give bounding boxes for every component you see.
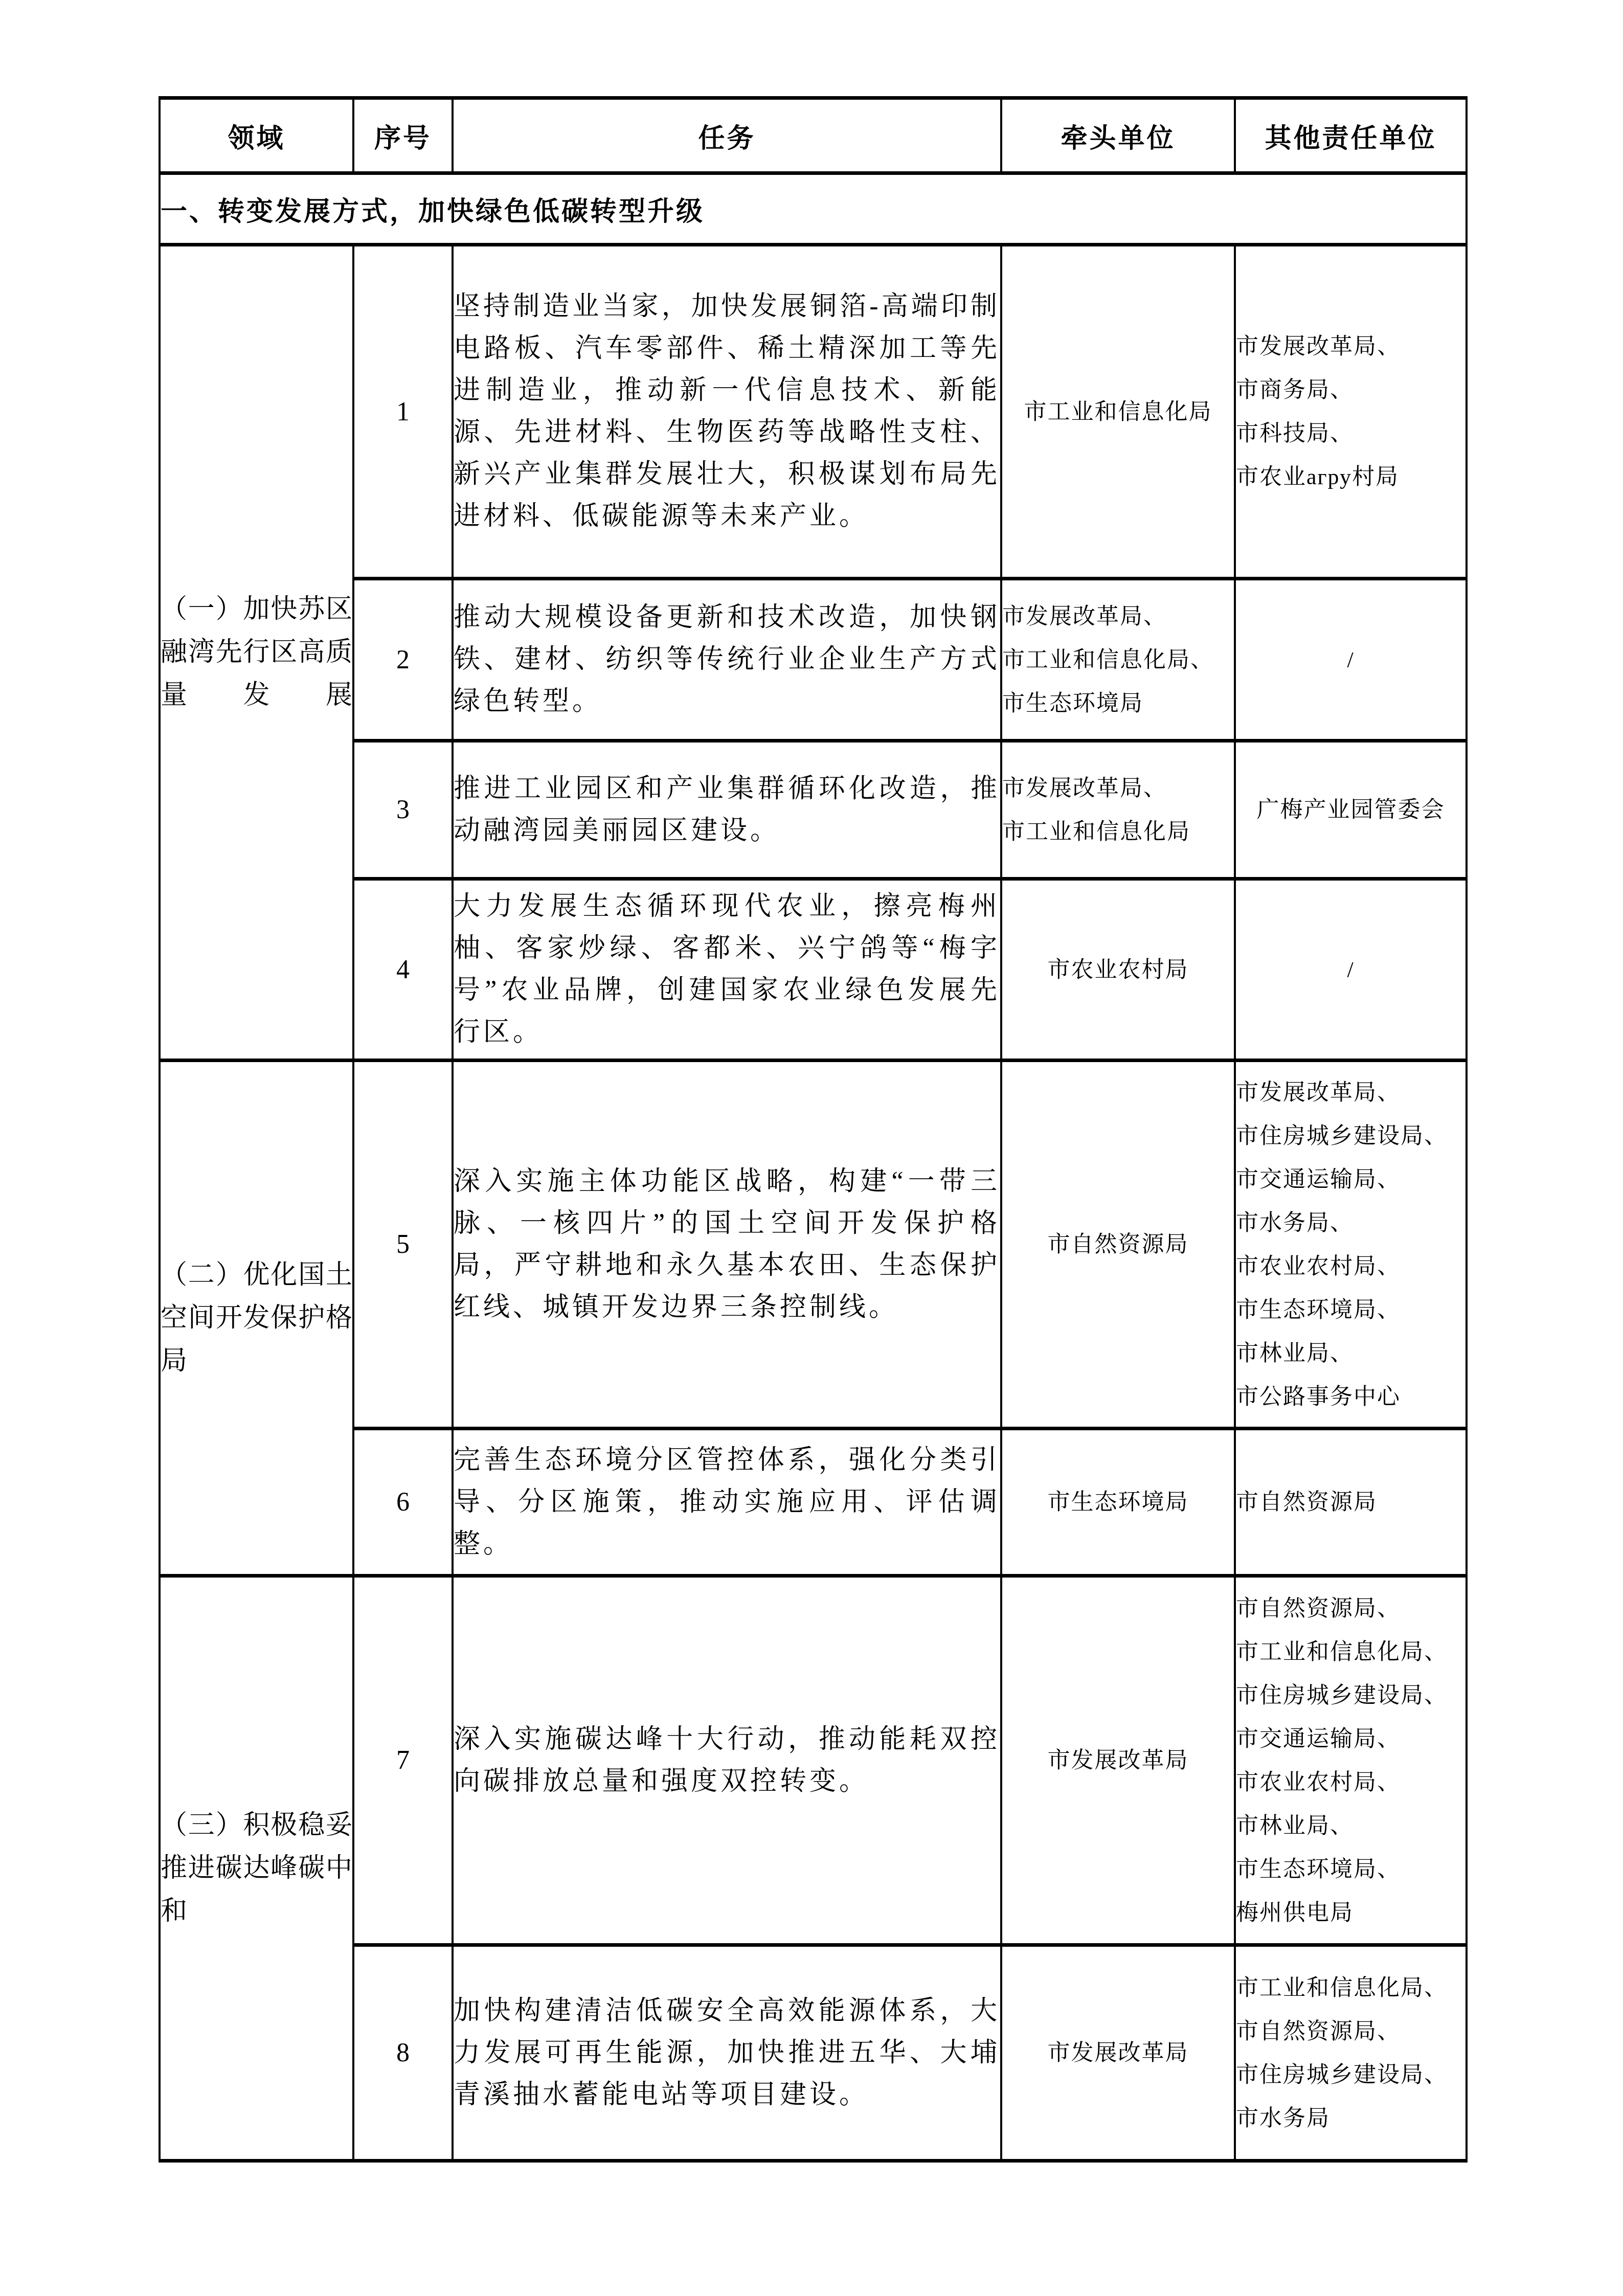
- table-row: （二）优化国土空间开发保护格局 5 深入实施主体功能区战略，构建“一带三脉、一核…: [160, 1061, 1467, 1429]
- index-cell: 6: [353, 1429, 453, 1576]
- table-row: 3 推进工业园区和产业集群循环化改造，推动融湾园美丽园区建设。 市发展改革局、 …: [160, 741, 1467, 879]
- index-cell: 1: [353, 245, 453, 579]
- lead-unit-cell: 市工业和信息化局: [1001, 245, 1235, 579]
- lead-unit-cell: 市农业农村局: [1001, 879, 1235, 1061]
- section-title-row: 一、转变发展方式，加快绿色低碳转型升级: [160, 173, 1467, 245]
- header-cell-domain: 领域: [160, 98, 353, 173]
- table-row: 8 加快构建清洁低碳安全高效能源体系，大力发展可再生能源，加快推进五华、大埔青溪…: [160, 1945, 1467, 2161]
- task-cell: 完善生态环境分区管控体系，强化分类引导、分区施策，推动实施应用、评估调整。: [453, 1429, 1001, 1576]
- task-cell: 推动大规模设备更新和技术改造，加快钢铁、建材、纺织等传统行业企业生产方式绿色转型…: [453, 579, 1001, 741]
- index-cell: 7: [353, 1576, 453, 1945]
- table-row: 4 大力发展生态循环现代农业，擦亮梅州柚、客家炒绿、客都米、兴宁鸽等“梅字号”农…: [160, 879, 1467, 1061]
- domain-cell-group2: （二）优化国土空间开发保护格局: [160, 1061, 353, 1576]
- header-cell-index: 序号: [353, 98, 453, 173]
- domain-cell-group3: （三）积极稳妥推进碳达峰碳中和: [160, 1576, 353, 2161]
- other-units-cell: 市工业和信息化局、 市自然资源局、 市住房城乡建设局、 市水务局: [1235, 1945, 1467, 2161]
- other-units-cell: 市发展改革局、 市商务局、 市科技局、 市农业агру村局: [1235, 245, 1467, 579]
- table-row: （一）加快苏区融湾先行区高质量发展 1 坚持制造业当家，加快发展铜箔-高端印制电…: [160, 245, 1467, 579]
- lead-unit-cell: 市发展改革局、 市工业和信息化局: [1001, 741, 1235, 879]
- other-units-cell: /: [1235, 579, 1467, 741]
- task-cell: 加快构建清洁低碳安全高效能源体系，大力发展可再生能源，加快推进五华、大埔青溪抽水…: [453, 1945, 1001, 2161]
- header-cell-task: 任务: [453, 98, 1001, 173]
- task-cell: 大力发展生态循环现代农业，擦亮梅州柚、客家炒绿、客都米、兴宁鸽等“梅字号”农业品…: [453, 879, 1001, 1061]
- other-units-cell: 市发展改革局、 市住房城乡建设局、 市交通运输局、 市水务局、 市农业农村局、 …: [1235, 1061, 1467, 1429]
- index-cell: 8: [353, 1945, 453, 2161]
- lead-unit-cell: 市发展改革局: [1001, 1945, 1235, 2161]
- lead-unit-cell: 市发展改革局: [1001, 1576, 1235, 1945]
- lead-unit-cell: 市生态环境局: [1001, 1429, 1235, 1576]
- header-cell-lead: 牵头单位: [1001, 98, 1235, 173]
- task-cell: 推进工业园区和产业集群循环化改造，推动融湾园美丽园区建设。: [453, 741, 1001, 879]
- task-cell: 深入实施主体功能区战略，构建“一带三脉、一核四片”的国土空间开发保护格局，严守耕…: [453, 1061, 1001, 1429]
- table-row: 6 完善生态环境分区管控体系，强化分类引导、分区施策，推动实施应用、评估调整。 …: [160, 1429, 1467, 1576]
- task-cell: 坚持制造业当家，加快发展铜箔-高端印制电路板、汽车零部件、稀土精深加工等先进制造…: [453, 245, 1001, 579]
- document-page: { "colors": { "text": "#000000", "border…: [0, 0, 1623, 2296]
- index-cell: 2: [353, 579, 453, 741]
- section-title: 一、转变发展方式，加快绿色低碳转型升级: [160, 173, 1467, 245]
- table-row: 2 推动大规模设备更新和技术改造，加快钢铁、建材、纺织等传统行业企业生产方式绿色…: [160, 579, 1467, 741]
- index-cell: 3: [353, 741, 453, 879]
- other-units-cell: 广梅产业园管委会: [1235, 741, 1467, 879]
- index-cell: 5: [353, 1061, 453, 1429]
- domain-cell-group1: （一）加快苏区融湾先行区高质量发展: [160, 245, 353, 1061]
- index-cell: 4: [353, 879, 453, 1061]
- table-row: （三）积极稳妥推进碳达峰碳中和 7 深入实施碳达峰十大行动，推动能耗双控向碳排放…: [160, 1576, 1467, 1945]
- task-cell: 深入实施碳达峰十大行动，推动能耗双控向碳排放总量和强度双控转变。: [453, 1576, 1001, 1945]
- lead-unit-cell: 市发展改革局、 市工业和信息化局、 市生态环境局: [1001, 579, 1235, 741]
- header-cell-others: 其他责任单位: [1235, 98, 1467, 173]
- table-header-row: 领域 序号 任务 牵头单位 其他责任单位: [160, 98, 1467, 173]
- other-units-cell: 市自然资源局、 市工业和信息化局、 市住房城乡建设局、 市交通运输局、 市农业农…: [1235, 1576, 1467, 1945]
- task-assignment-table: 领域 序号 任务 牵头单位 其他责任单位 一、转变发展方式，加快绿色低碳转型升级…: [159, 96, 1468, 2163]
- other-units-cell: 市自然资源局: [1235, 1429, 1467, 1576]
- other-units-cell: /: [1235, 879, 1467, 1061]
- lead-unit-cell: 市自然资源局: [1001, 1061, 1235, 1429]
